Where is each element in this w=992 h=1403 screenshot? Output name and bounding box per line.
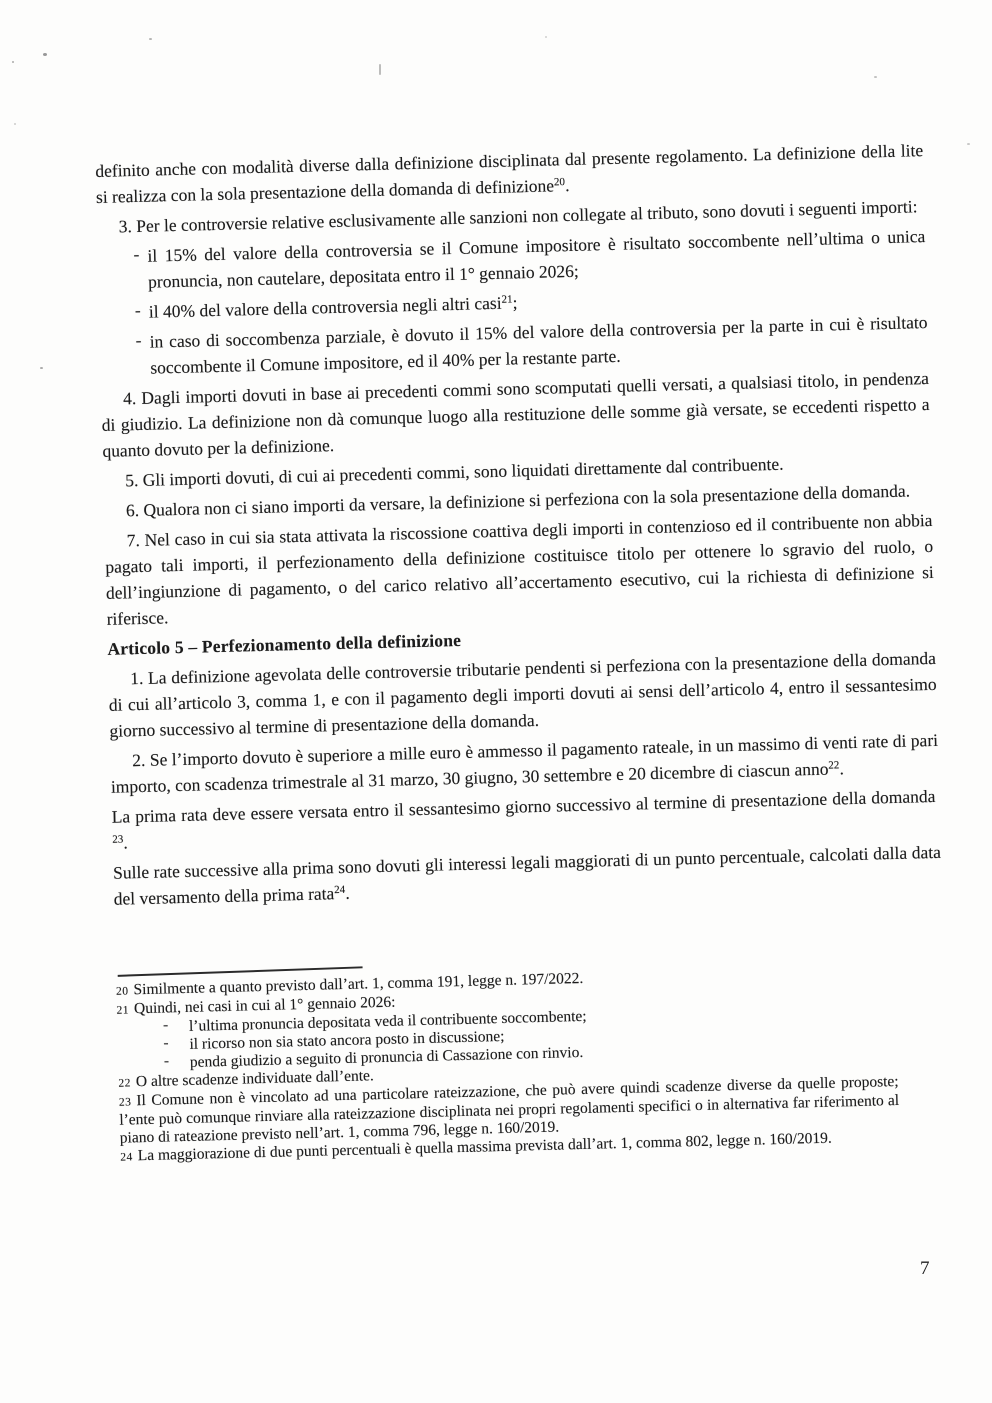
scan-artifact [967, 143, 970, 145]
footnote-separator [118, 966, 363, 977]
dash-bullet-icon: - [164, 1052, 170, 1070]
footnote-ref-23: 23 [112, 834, 123, 846]
scan-artifact [874, 76, 877, 78]
paragraph-text: . [839, 758, 844, 778]
dash-bullet-icon: - [135, 297, 141, 323]
footnote-number: 22 [118, 1077, 136, 1089]
dash-bullet-icon: - [163, 1034, 169, 1052]
footnote-ref-24: 24 [334, 884, 345, 896]
dash-bullet-icon: - [133, 241, 139, 267]
footnote-number: 20 [116, 985, 134, 997]
paragraph-text: . [565, 175, 570, 195]
paragraph-text: 1. La definizione agevolata delle contro… [109, 648, 937, 741]
footnote-number: 23 [119, 1096, 137, 1108]
paragraph-comma-4: 4. Dagli importi dovuti in base ai prece… [101, 365, 931, 464]
footnote-number: 21 [116, 1004, 134, 1016]
footnote-ref-20: 20 [554, 176, 565, 188]
paragraph-text: . [345, 883, 350, 903]
document-body: definito anche con modalità diverse dall… [95, 137, 942, 912]
scan-artifact [545, 36, 547, 38]
list-item-text: il 40% del valore della controversia neg… [149, 293, 502, 322]
dash-bullet-icon: - [135, 327, 141, 353]
scan-artifact [149, 38, 152, 40]
paragraph-text: . [123, 832, 128, 852]
scan-artifact [379, 64, 381, 75]
footnote-number: 24 [120, 1151, 138, 1163]
document-page: definito anche con modalità diverse dall… [0, 0, 992, 1403]
scan-artifact [12, 61, 14, 63]
paragraph-comma-7: 7. Nel caso in cui sia stata attivata la… [104, 507, 934, 632]
footnote-ref-22: 22 [828, 759, 839, 771]
footnotes-section: 20Similmente a quanto previsto dall’art.… [116, 962, 900, 1167]
paragraph-text: 4. Dagli importi dovuti in base ai prece… [102, 368, 930, 461]
paragraph-text: 7. Nel caso in cui sia stata attivata la… [105, 510, 934, 629]
footnote-ref-21: 21 [501, 293, 512, 305]
scan-artifact [40, 367, 43, 369]
dash-bullet-icon: - [163, 1016, 169, 1034]
paragraph-art5-comma-1: 1. La definizione agevolata delle contro… [108, 645, 938, 744]
scan-artifact [14, 123, 16, 125]
page-number: 7 [920, 1258, 930, 1280]
scan-artifact [43, 53, 47, 56]
page-content: definito anche con modalità diverse dall… [95, 137, 948, 1167]
list-item-text: ; [512, 292, 517, 312]
